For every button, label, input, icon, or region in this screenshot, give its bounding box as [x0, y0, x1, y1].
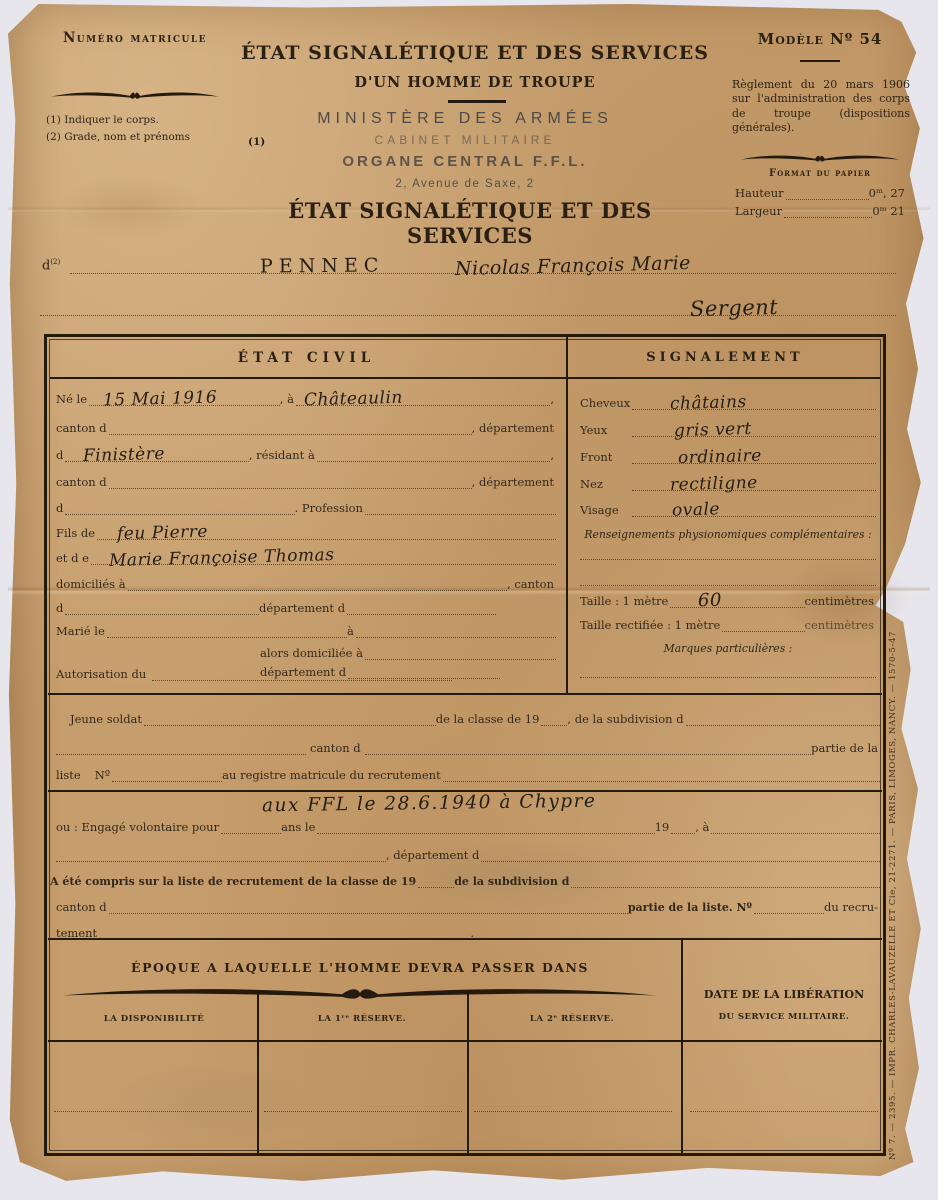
ans-le-label: ans le	[281, 822, 317, 835]
column-divider	[566, 337, 568, 693]
dotted-fill	[754, 900, 824, 914]
complementaires-label: Renseignements physionomiques complément…	[578, 528, 878, 541]
dotted-fill	[221, 820, 281, 834]
d2-label: d(2)	[42, 258, 60, 273]
ne-le-label: Né le	[56, 394, 89, 407]
eng-line-2: , département d	[56, 848, 880, 862]
bottom-cell-dotted	[474, 1098, 672, 1112]
document-scan: Numéro matricule (1) Indiquer le corps. …	[0, 0, 938, 1200]
a-label: à	[347, 626, 356, 639]
footnote-1: (1) Indiquer le corps.	[46, 114, 159, 126]
section-rule	[48, 938, 882, 940]
ec-line-mere: et d e Marie Françoise Thomas	[56, 551, 556, 565]
comma-label: ,	[550, 450, 556, 463]
dotted-fill	[109, 900, 628, 914]
sig-row-yeux: Yeux gris vert	[580, 423, 876, 437]
liberation-header-1: DATE DE LA LIBÉRATION	[690, 988, 878, 1001]
stamp-organe: ORGANE CENTRAL F.F.L.	[240, 153, 690, 170]
a-label: , à	[280, 394, 296, 407]
epoque-header: ÉPOQUE A LAQUELLE L'HOMME DEVRA PASSER D…	[70, 960, 650, 975]
name-line: PENNEC Nicolas François Marie	[70, 260, 896, 274]
dotted-fill	[54, 1098, 252, 1112]
visage-handwriting: ovale	[672, 501, 720, 519]
ec-line-canton1: canton d , département	[56, 421, 556, 435]
dotted-fill	[112, 768, 222, 782]
footnote-ref-1: (1)	[248, 136, 265, 148]
front-label: Front	[580, 452, 632, 465]
largeur-label: Largeur	[735, 206, 784, 219]
bottom-cell-dotted	[54, 1098, 252, 1112]
canton-label: canton d	[56, 477, 109, 490]
dotted-fill	[580, 664, 876, 678]
partie-liste-label: partie de la liste. Nº	[628, 902, 754, 914]
dotted-fill	[109, 421, 472, 435]
ec-line-dept2: d département d	[56, 601, 496, 615]
dix-neuf-label: 19	[655, 822, 672, 835]
bottom-cell-dotted	[690, 1098, 878, 1112]
dotted-fill	[786, 186, 869, 200]
dotted-fill	[144, 712, 436, 726]
largeur-value: 0ᵐ 21	[872, 206, 907, 219]
dotted-fill	[365, 741, 811, 755]
domicilies-label: domiciliés à	[56, 579, 128, 592]
liberation-header-2: DU SERVICE MILITAIRE.	[690, 1012, 878, 1022]
sig-dotted-1	[580, 546, 876, 560]
d-label: d	[56, 503, 65, 516]
dotted-fill	[365, 646, 556, 660]
marques-label: Marques particulières :	[578, 642, 878, 655]
bottom-table-header-rule	[48, 1040, 882, 1042]
alors-domiciliee-label: alors domiciliée à	[260, 648, 365, 661]
dotted-fill	[356, 624, 556, 638]
yeux-label: Yeux	[580, 425, 632, 438]
comma-label: ,	[550, 394, 556, 407]
brace-ornament	[740, 152, 900, 164]
brace-ornament	[50, 88, 220, 102]
dotted-fill	[580, 546, 876, 560]
fils-de-label: Fils de	[56, 528, 97, 541]
engage-volontaire-label: ou : Engagé volontaire pour	[56, 822, 221, 835]
centimetres-label: centimètres	[805, 620, 877, 633]
reglement-text: Règlement du 20 mars 1906 sur l'administ…	[732, 78, 910, 135]
dotted-fill	[474, 1098, 672, 1112]
subcolumn-divider	[467, 992, 469, 1153]
yeux-handwriting: gris vert	[674, 421, 752, 440]
dotted-fill	[690, 1098, 878, 1112]
ec-line-marie: Marié le à	[56, 624, 556, 638]
second-title: ÉTAT SIGNALÉTIQUE ET DES SERVICES	[230, 198, 710, 248]
dotted-fill	[784, 204, 872, 218]
js-line-2: canton d partie de la	[56, 741, 880, 755]
dotted-fill	[671, 820, 695, 834]
bottom-cell-dotted	[264, 1098, 462, 1112]
modele-label: Modèle Nº 54	[730, 30, 910, 48]
col-disponibilite-header: LA DISPONIBILITÉ	[54, 1014, 254, 1024]
a-label: , à	[695, 822, 711, 835]
cheveux-handwriting: châtains	[670, 394, 747, 413]
sig-row-front: Front ordinaire	[580, 450, 876, 464]
eng-line-1: ou : Engagé volontaire pour ans le 19 , …	[56, 820, 880, 834]
canton-label: canton d	[306, 743, 365, 756]
subdivision-label: de la subdivision d	[454, 876, 571, 888]
section-rule	[48, 693, 882, 695]
ec-line-fils: Fils de feu Pierre	[56, 526, 556, 540]
dotted-fill	[65, 601, 259, 615]
dotted-fill	[418, 874, 454, 888]
compris-liste-label: A été compris sur la liste de recrutemen…	[50, 876, 418, 888]
departement-d-label: , département d	[386, 850, 481, 863]
dotted-fill: feu Pierre	[97, 526, 556, 540]
liste-label: liste	[56, 770, 83, 783]
stamp-ministere: MINISTÈRE DES ARMÉES	[240, 110, 690, 128]
rank-handwriting: Sergent	[690, 297, 779, 320]
sig-dotted-2	[580, 572, 876, 586]
ec-line-alors: alors domiciliée à	[260, 646, 556, 660]
ec-line-dept: d Finistère , résidant à ,	[56, 448, 556, 462]
dotted-fill	[317, 448, 551, 462]
dotted-fill	[365, 501, 556, 515]
surname-handwriting: PENNEC	[260, 256, 384, 276]
taille-rectifiee-label: Taille rectifiée : 1 mètre	[580, 620, 722, 633]
dotted-fill	[152, 667, 452, 681]
sig-row-nez: Nez rectiligne	[580, 477, 876, 491]
visage-label: Visage	[580, 505, 632, 518]
taille-line: Taille : 1 mètre 60 centimètres	[580, 594, 876, 608]
dotted-fill: ordinaire	[632, 450, 876, 464]
dotted-fill: gris vert	[632, 423, 876, 437]
title-underline	[448, 100, 506, 103]
numero-matricule-label: Numéro matricule	[50, 30, 220, 46]
taille-handwriting: 60	[698, 592, 722, 611]
subcolumn-divider	[257, 992, 259, 1153]
dotted-fill	[711, 820, 880, 834]
signalement-header: SIGNALEMENT	[572, 350, 878, 365]
autorisation-label: Autorisation du	[56, 669, 152, 682]
stamp-adresse: 2, Avenue de Saxe, 2	[240, 178, 690, 190]
stamp-cabinet: CABINET MILITAIRE	[240, 133, 690, 147]
dotted-fill	[347, 601, 496, 615]
col-reserve2-header: LA 2ᵉ RÉSERVE.	[472, 1014, 672, 1024]
dotted-fill: 60	[670, 594, 804, 608]
dotted-fill	[541, 712, 567, 726]
sig-row-cheveux: Cheveux châtains	[580, 396, 876, 410]
hauteur-value: 0ᵐ, 27	[869, 188, 907, 201]
departement-d-label: département d	[259, 603, 347, 616]
subdivision-label: , de la subdivision d	[567, 714, 685, 727]
d-label: d	[56, 603, 65, 616]
taille-rectifiee-line: Taille rectifiée : 1 mètre centimètres	[580, 618, 876, 632]
main-title: ÉTAT SIGNALÉTIQUE ET DES SERVICES	[240, 42, 710, 64]
ec-line-ne: Né le 15 Mai 1916 , à Châteaulin ,	[56, 392, 556, 406]
dotted-fill: PENNEC Nicolas François Marie	[70, 260, 896, 274]
hauteur-label: Hauteur	[735, 188, 786, 201]
dotted-fill	[264, 1098, 462, 1112]
residant-label: , résidant à	[249, 450, 317, 463]
largeur-line: Largeur 0ᵐ 21	[735, 204, 907, 218]
dotted-fill	[56, 741, 306, 755]
eng-line-3: A été compris sur la liste de recrutemen…	[50, 874, 880, 888]
canton-label: , canton	[507, 579, 556, 592]
dotted-fill	[317, 820, 654, 834]
rank-line: Sergent	[40, 302, 896, 316]
dotted-fill	[686, 712, 880, 726]
ec-line-canton2: canton d , département	[56, 475, 556, 489]
du-recrutement-label: du recru-	[824, 902, 880, 915]
dotted-fill: Finistère	[65, 448, 248, 462]
format-papier-label: Format du papier	[745, 168, 895, 179]
modele-underline	[800, 60, 840, 62]
jeune-soldat-label: Jeune soldat	[70, 714, 144, 727]
js-line-3: liste Nº au registre matricule du recrut…	[56, 768, 880, 782]
ec-line-profession: d . Profession	[56, 501, 556, 515]
dotted-fill: Sergent	[40, 302, 896, 316]
marie-le-label: Marié le	[56, 626, 107, 639]
etat-civil-header: ÉTAT CIVIL	[54, 350, 559, 366]
dotted-fill	[128, 577, 507, 591]
eng-line-4: canton d partie de la liste. Nº du recru…	[56, 900, 880, 914]
printer-imprint: Nº 7. — 2395. — IMPR. CHARLES-LAVAUZELLE…	[888, 420, 898, 1160]
registre-label: au registre matricule du recrutement	[222, 770, 443, 783]
centimetres-label: centimètres	[805, 596, 877, 609]
liberation-column-divider	[681, 940, 683, 1153]
dotted-fill	[109, 475, 472, 489]
dotted-fill	[722, 618, 804, 632]
nez-handwriting: rectiligne	[670, 475, 758, 494]
canton-label: canton d	[56, 902, 109, 915]
departement-label: , département	[472, 423, 556, 436]
dotted-fill	[65, 501, 294, 515]
dotted-fill	[571, 874, 880, 888]
et-de-label: et d e	[56, 553, 91, 566]
taille-label: Taille : 1 mètre	[580, 596, 670, 609]
classe-label: de la classe de 19	[436, 714, 542, 727]
front-handwriting: ordinaire	[678, 448, 762, 467]
numero-label: Nº	[95, 770, 112, 783]
dotted-fill	[481, 848, 880, 862]
departement-label: , département	[472, 477, 556, 490]
ec-line-domicilies: domiciliés à , canton	[56, 577, 556, 591]
sig-row-visage: Visage ovale	[580, 503, 876, 517]
d2-sup: (2)	[50, 258, 60, 266]
header-rule	[50, 377, 880, 379]
dotted-fill	[580, 572, 876, 586]
dotted-fill: Châteaulin	[296, 392, 550, 406]
brace-ornament	[60, 984, 660, 1002]
dotted-fill: 15 Mai 1916	[89, 392, 280, 406]
canton-label: canton d	[56, 423, 109, 436]
birthplace-handwriting: Châteaulin	[304, 390, 403, 410]
profession-label: . Profession	[295, 503, 365, 516]
sig-dotted-3	[580, 664, 876, 678]
departement-handwriting: Finistère	[83, 446, 165, 465]
birthdate-handwriting: 15 Mai 1916	[103, 390, 218, 410]
cheveux-label: Cheveux	[580, 398, 632, 411]
d-label: d	[56, 450, 65, 463]
hauteur-line: Hauteur 0ᵐ, 27	[735, 186, 907, 200]
father-handwriting: feu Pierre	[117, 524, 208, 543]
dotted-fill: Marie Françoise Thomas	[91, 551, 556, 565]
main-subtitle: D'UN HOMME DE TROUPE	[240, 74, 710, 91]
dotted-fill	[107, 624, 347, 638]
js-line-1: Jeune soldat de la classe de 19 , de la …	[70, 712, 880, 726]
dotted-fill: rectiligne	[632, 477, 876, 491]
ec-line-autorisation: Autorisation du	[56, 667, 496, 681]
footnote-2: (2) Grade, nom et prénoms	[46, 131, 190, 143]
nez-label: Nez	[580, 479, 632, 492]
partie-label: partie de la	[811, 743, 880, 756]
dotted-fill: châtains	[632, 396, 876, 410]
dotted-fill	[56, 848, 386, 862]
dotted-fill	[443, 768, 880, 782]
dotted-fill: ovale	[632, 503, 876, 517]
col-reserve1-header: LA 1ʳᵉ RÉSERVE.	[262, 1014, 462, 1024]
